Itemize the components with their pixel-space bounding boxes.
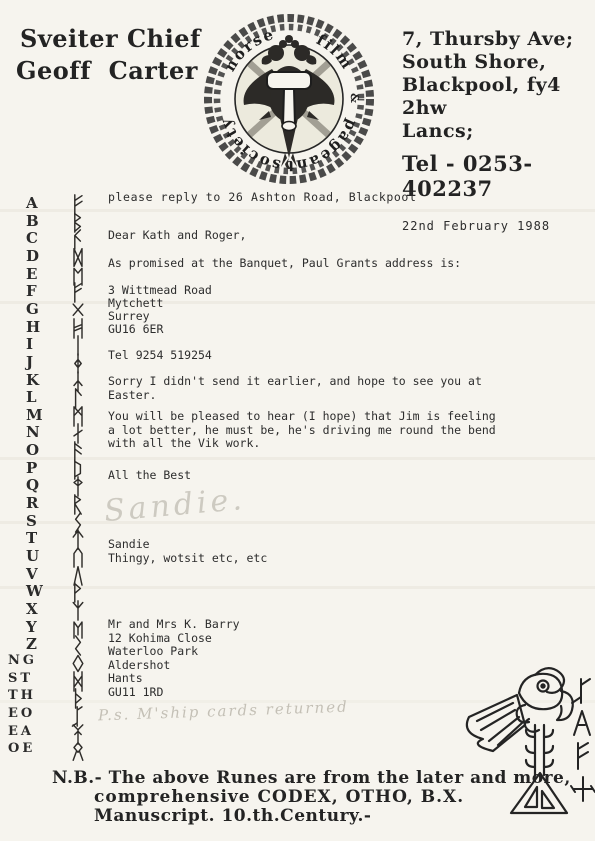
gothic-letter-i: I — [26, 335, 33, 353]
handwritten-signature: Sandie. — [103, 482, 247, 529]
norse-society-logo-icon: norse film & pageant society — [198, 6, 380, 192]
gothic-letter-u: U — [26, 547, 39, 565]
gothic-letter-x: X — [26, 600, 38, 618]
gothic-letter-t: T — [26, 529, 37, 547]
rune-alphabet-column: ABCDEFGHIJKLMNOPQRSTUVWXYZNGSTTHEOEAOE — [0, 190, 110, 775]
gothic-letter-eo: EO — [8, 706, 35, 721]
footnote-line3: Manuscript. 10.th.Century.- — [94, 806, 371, 826]
gothic-letter-d: D — [26, 247, 39, 265]
gothic-letter-k: K — [26, 371, 39, 389]
gothic-letter-w: W — [26, 582, 43, 600]
sender-title-line1: Sveiter Chief — [20, 24, 201, 53]
salutation: Dear Kath and Roger, — [108, 228, 246, 242]
gothic-letter-r: R — [26, 494, 38, 512]
society-emblem: norse film & pageant society — [198, 6, 380, 196]
gothic-letter-st: ST — [8, 671, 33, 686]
gothic-letter-b: B — [26, 212, 39, 230]
gothic-letter-h: H — [26, 318, 40, 336]
gothic-letter-e: E — [26, 265, 37, 283]
footnote-line2: comprehensive CODEX, OTHO, B.X. — [94, 787, 464, 807]
letter-paragraph-1: As promised at the Banquet, Paul Grants … — [108, 256, 461, 270]
raven-vane-illustration — [443, 653, 595, 841]
sender-title-line2: Geoff Carter — [16, 56, 198, 85]
gothic-letter-ng: NG — [8, 653, 37, 668]
viking-raven-icon — [443, 653, 595, 838]
gothic-letter-q: Q — [26, 476, 39, 494]
gothic-letter-g: G — [26, 300, 39, 318]
logo-word-amp: & — [348, 93, 361, 103]
sender-address-block: 7, Thursby Ave; South Shore, Blackpool, … — [402, 28, 592, 233]
gothic-letter-ea: EA — [8, 724, 34, 739]
gothic-letter-y: Y — [26, 618, 37, 636]
paul-tel-line: Tel 9254 519254 — [108, 348, 212, 362]
typed-signature-block: Sandie Thingy, wotsit etc, etc — [108, 538, 267, 565]
recipient-address-block: Mr and Mrs K. Barry 12 Kohima Close Wate… — [108, 618, 240, 699]
gothic-letter-m: M — [26, 406, 43, 424]
sender-phone: Tel - 0253-402237 — [402, 151, 592, 201]
paul-address-block: 3 Wittmead Road Mytchett Surrey GU16 6ER — [108, 284, 212, 336]
letter-date: 22nd February 1988 — [402, 219, 592, 233]
gothic-letter-oe: OE — [8, 741, 35, 756]
gothic-letter-l: L — [26, 388, 37, 406]
footnote-line1: N.B.- The above Runes are from the later… — [52, 768, 571, 788]
sender-address-lines: 7, Thursby Ave; South Shore, Blackpool, … — [402, 28, 592, 143]
gothic-letter-f: F — [26, 282, 37, 300]
svg-text:&: & — [348, 93, 361, 103]
gothic-letter-o: O — [26, 441, 39, 459]
gothic-letter-j: J — [26, 353, 33, 371]
pencil-postscript: P.s. M'ship cards returned — [98, 698, 349, 725]
scanned-letter-page: Sveiter Chief Geoff Carter norse film & … — [0, 0, 595, 841]
raven-runes-icon — [571, 679, 595, 801]
gothic-letter-n: N — [26, 423, 40, 441]
closing-line: All the Best — [108, 468, 191, 482]
reply-to-line: please reply to 26 Ashton Road, Blackpoo… — [108, 190, 416, 204]
letter-paragraph-2: Sorry I didn't send it earlier, and hope… — [108, 375, 482, 402]
rune-glyph-oe-icon — [70, 740, 86, 763]
gothic-letter-a: A — [26, 194, 38, 212]
gothic-letter-z: Z — [26, 635, 37, 653]
gothic-letter-v: V — [26, 565, 38, 583]
gothic-letter-p: P — [26, 459, 37, 477]
gothic-letter-c: C — [26, 229, 38, 247]
gothic-letter-th: TH — [8, 688, 36, 703]
letter-paragraph-3: You will be pleased to hear (I hope) tha… — [108, 410, 496, 451]
gothic-letter-s: S — [26, 512, 37, 530]
